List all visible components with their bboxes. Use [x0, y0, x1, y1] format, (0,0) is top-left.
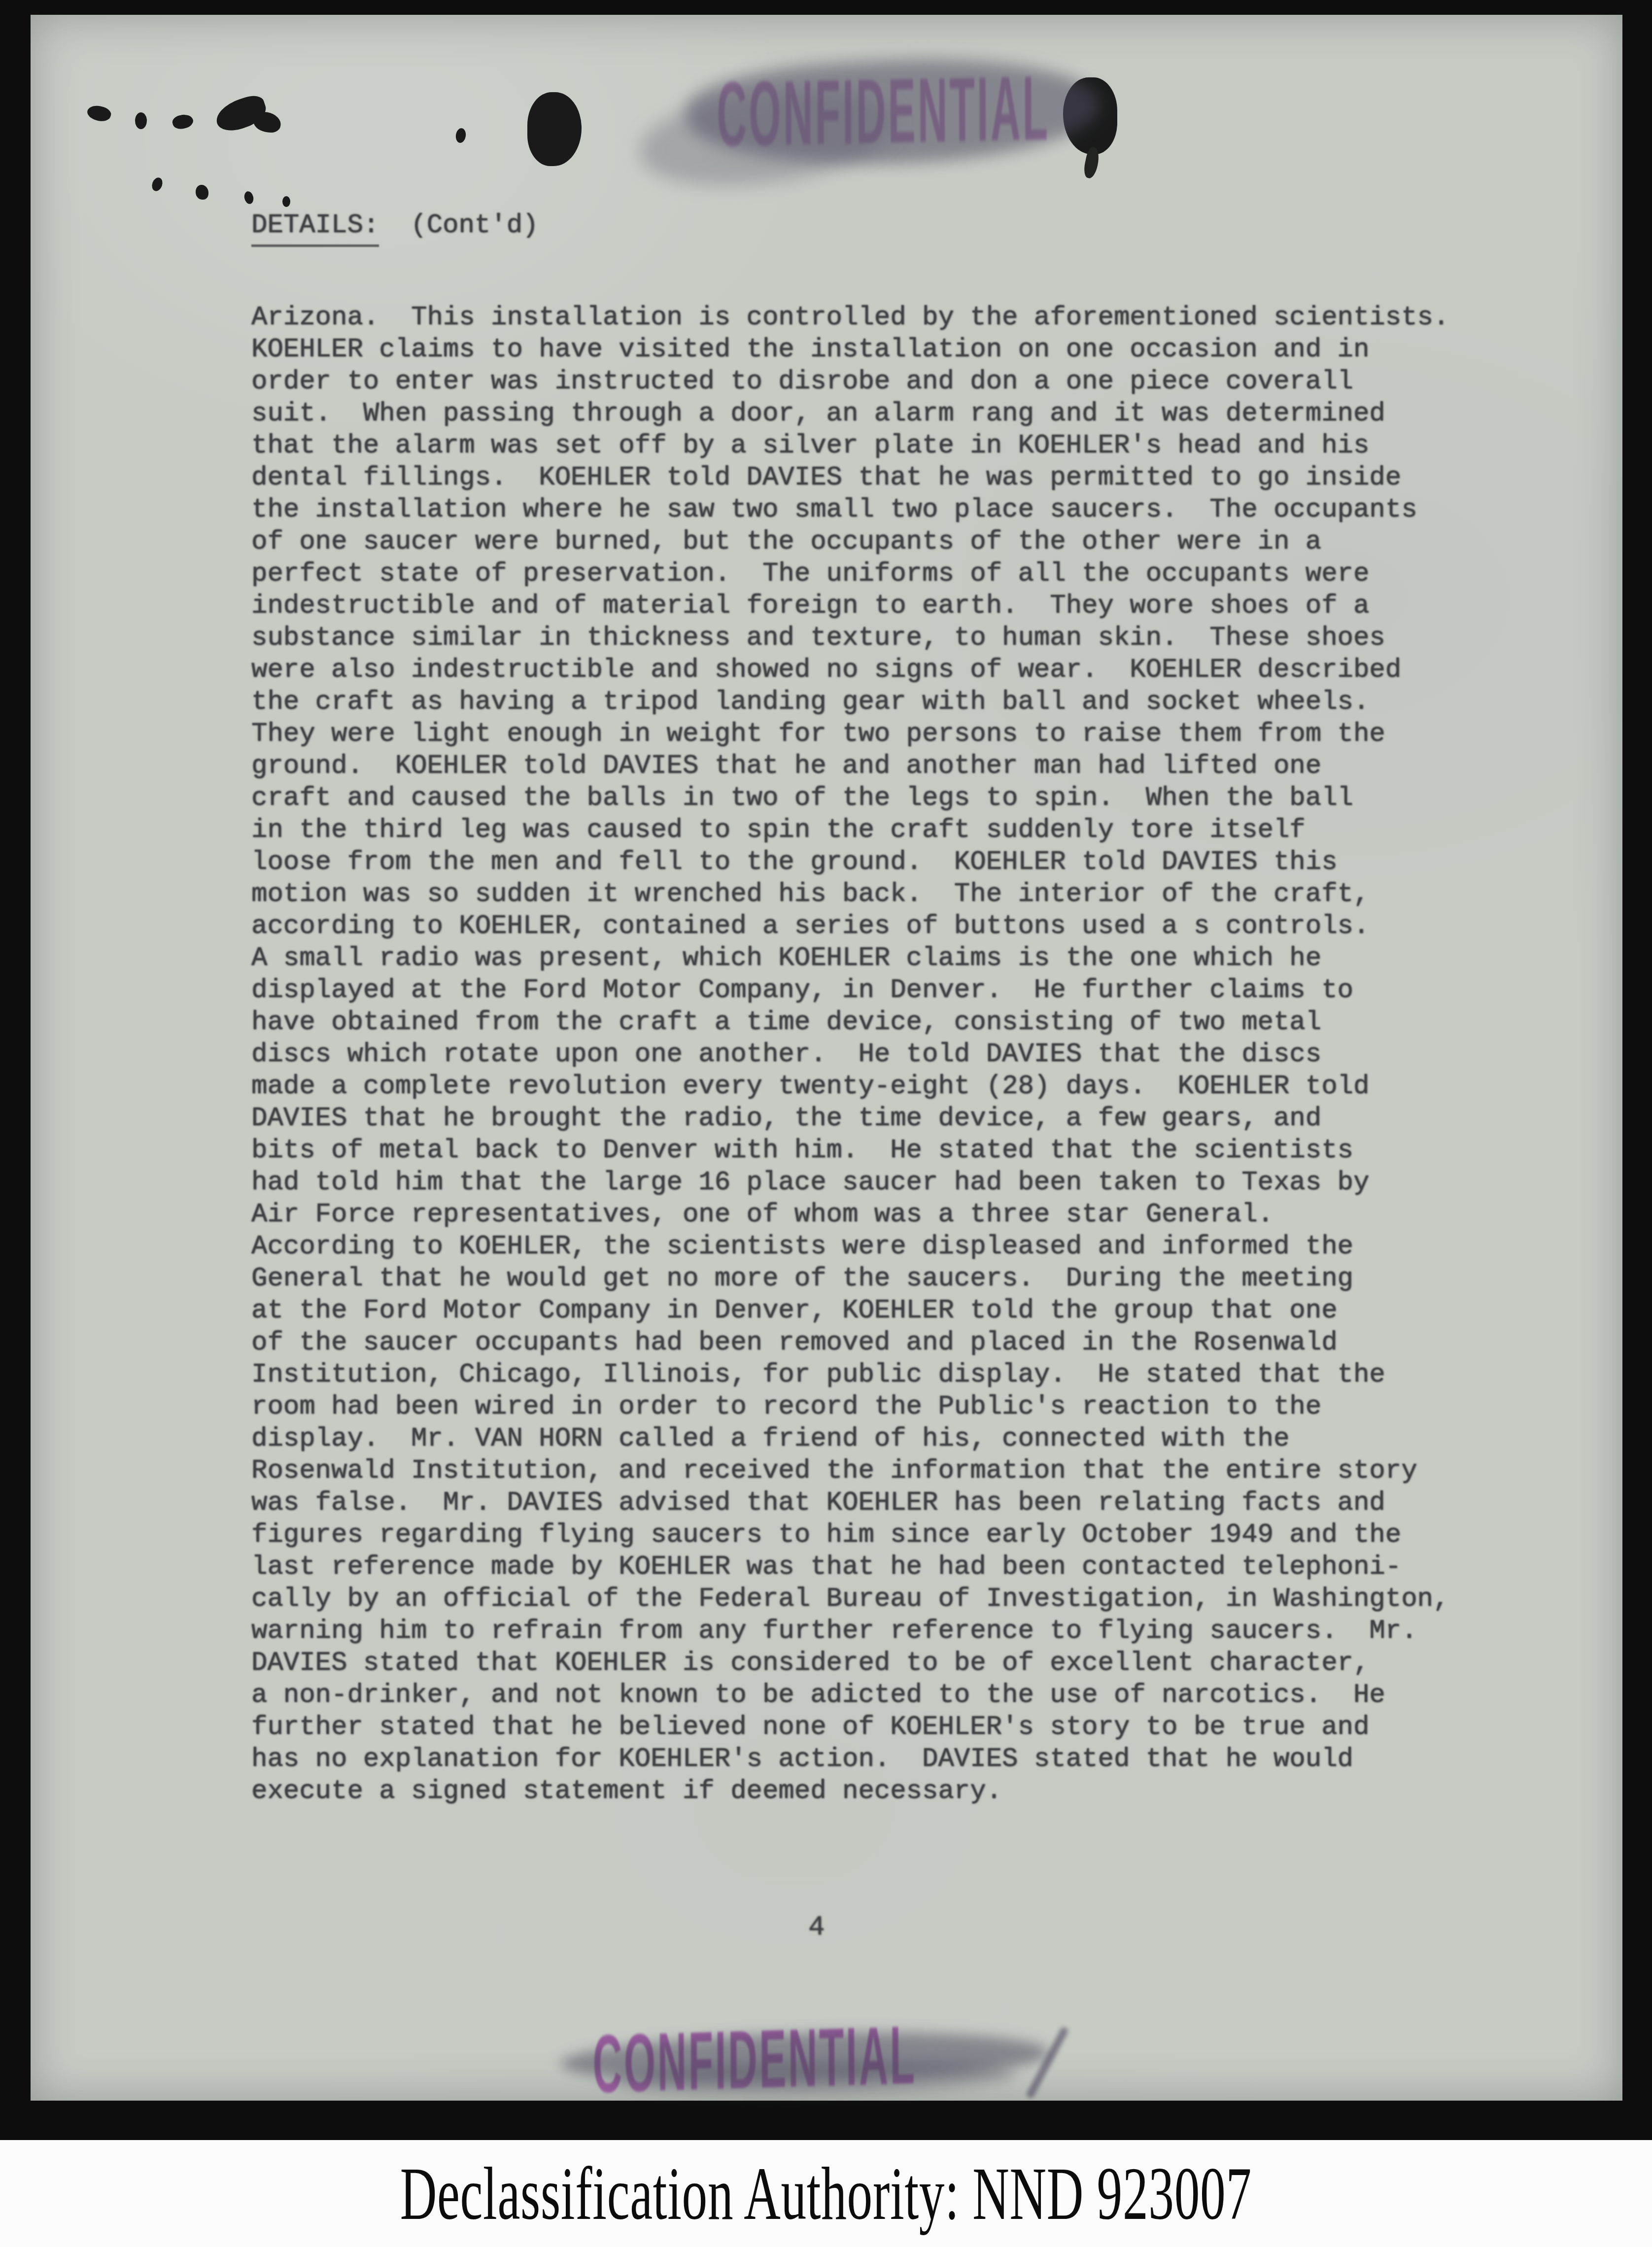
document-body-text: Arizona. This installation is controlled…	[251, 302, 1449, 1807]
paper-sheet: CONFIDENTIAL DETAILS:(Cont'd) Arizona. T…	[31, 15, 1622, 2101]
confidential-stamp-top: CONFIDENTIAL	[717, 56, 1050, 168]
ink-speck	[150, 176, 164, 192]
ink-speck	[135, 112, 147, 129]
scanned-document-page: CONFIDENTIAL DETAILS:(Cont'd) Arizona. T…	[0, 0, 1652, 2247]
ink-speck	[282, 196, 290, 207]
ink-speck	[252, 110, 282, 134]
ink-speck	[86, 103, 113, 124]
ink-speck	[455, 128, 467, 143]
page-number: 4	[808, 1911, 825, 1943]
details-heading: DETAILS:(Cont'd)	[251, 211, 539, 241]
punch-hole-dot	[527, 92, 582, 166]
declassification-authority-text: Declassification Authority: NND 923007	[400, 2151, 1252, 2237]
pen-stroke-mark	[1025, 2026, 1069, 2100]
confidential-stamp-bottom: CONFIDENTIAL	[592, 2007, 917, 2112]
details-label: DETAILS:	[251, 210, 379, 247]
ink-speck	[196, 185, 208, 200]
details-contd-label: (Cont'd)	[411, 210, 538, 241]
declassification-footer: Declassification Authority: NND 923007	[0, 2140, 1652, 2247]
ink-speck	[243, 190, 254, 205]
punch-hole-dot	[1063, 77, 1117, 154]
ink-speck	[171, 112, 195, 131]
